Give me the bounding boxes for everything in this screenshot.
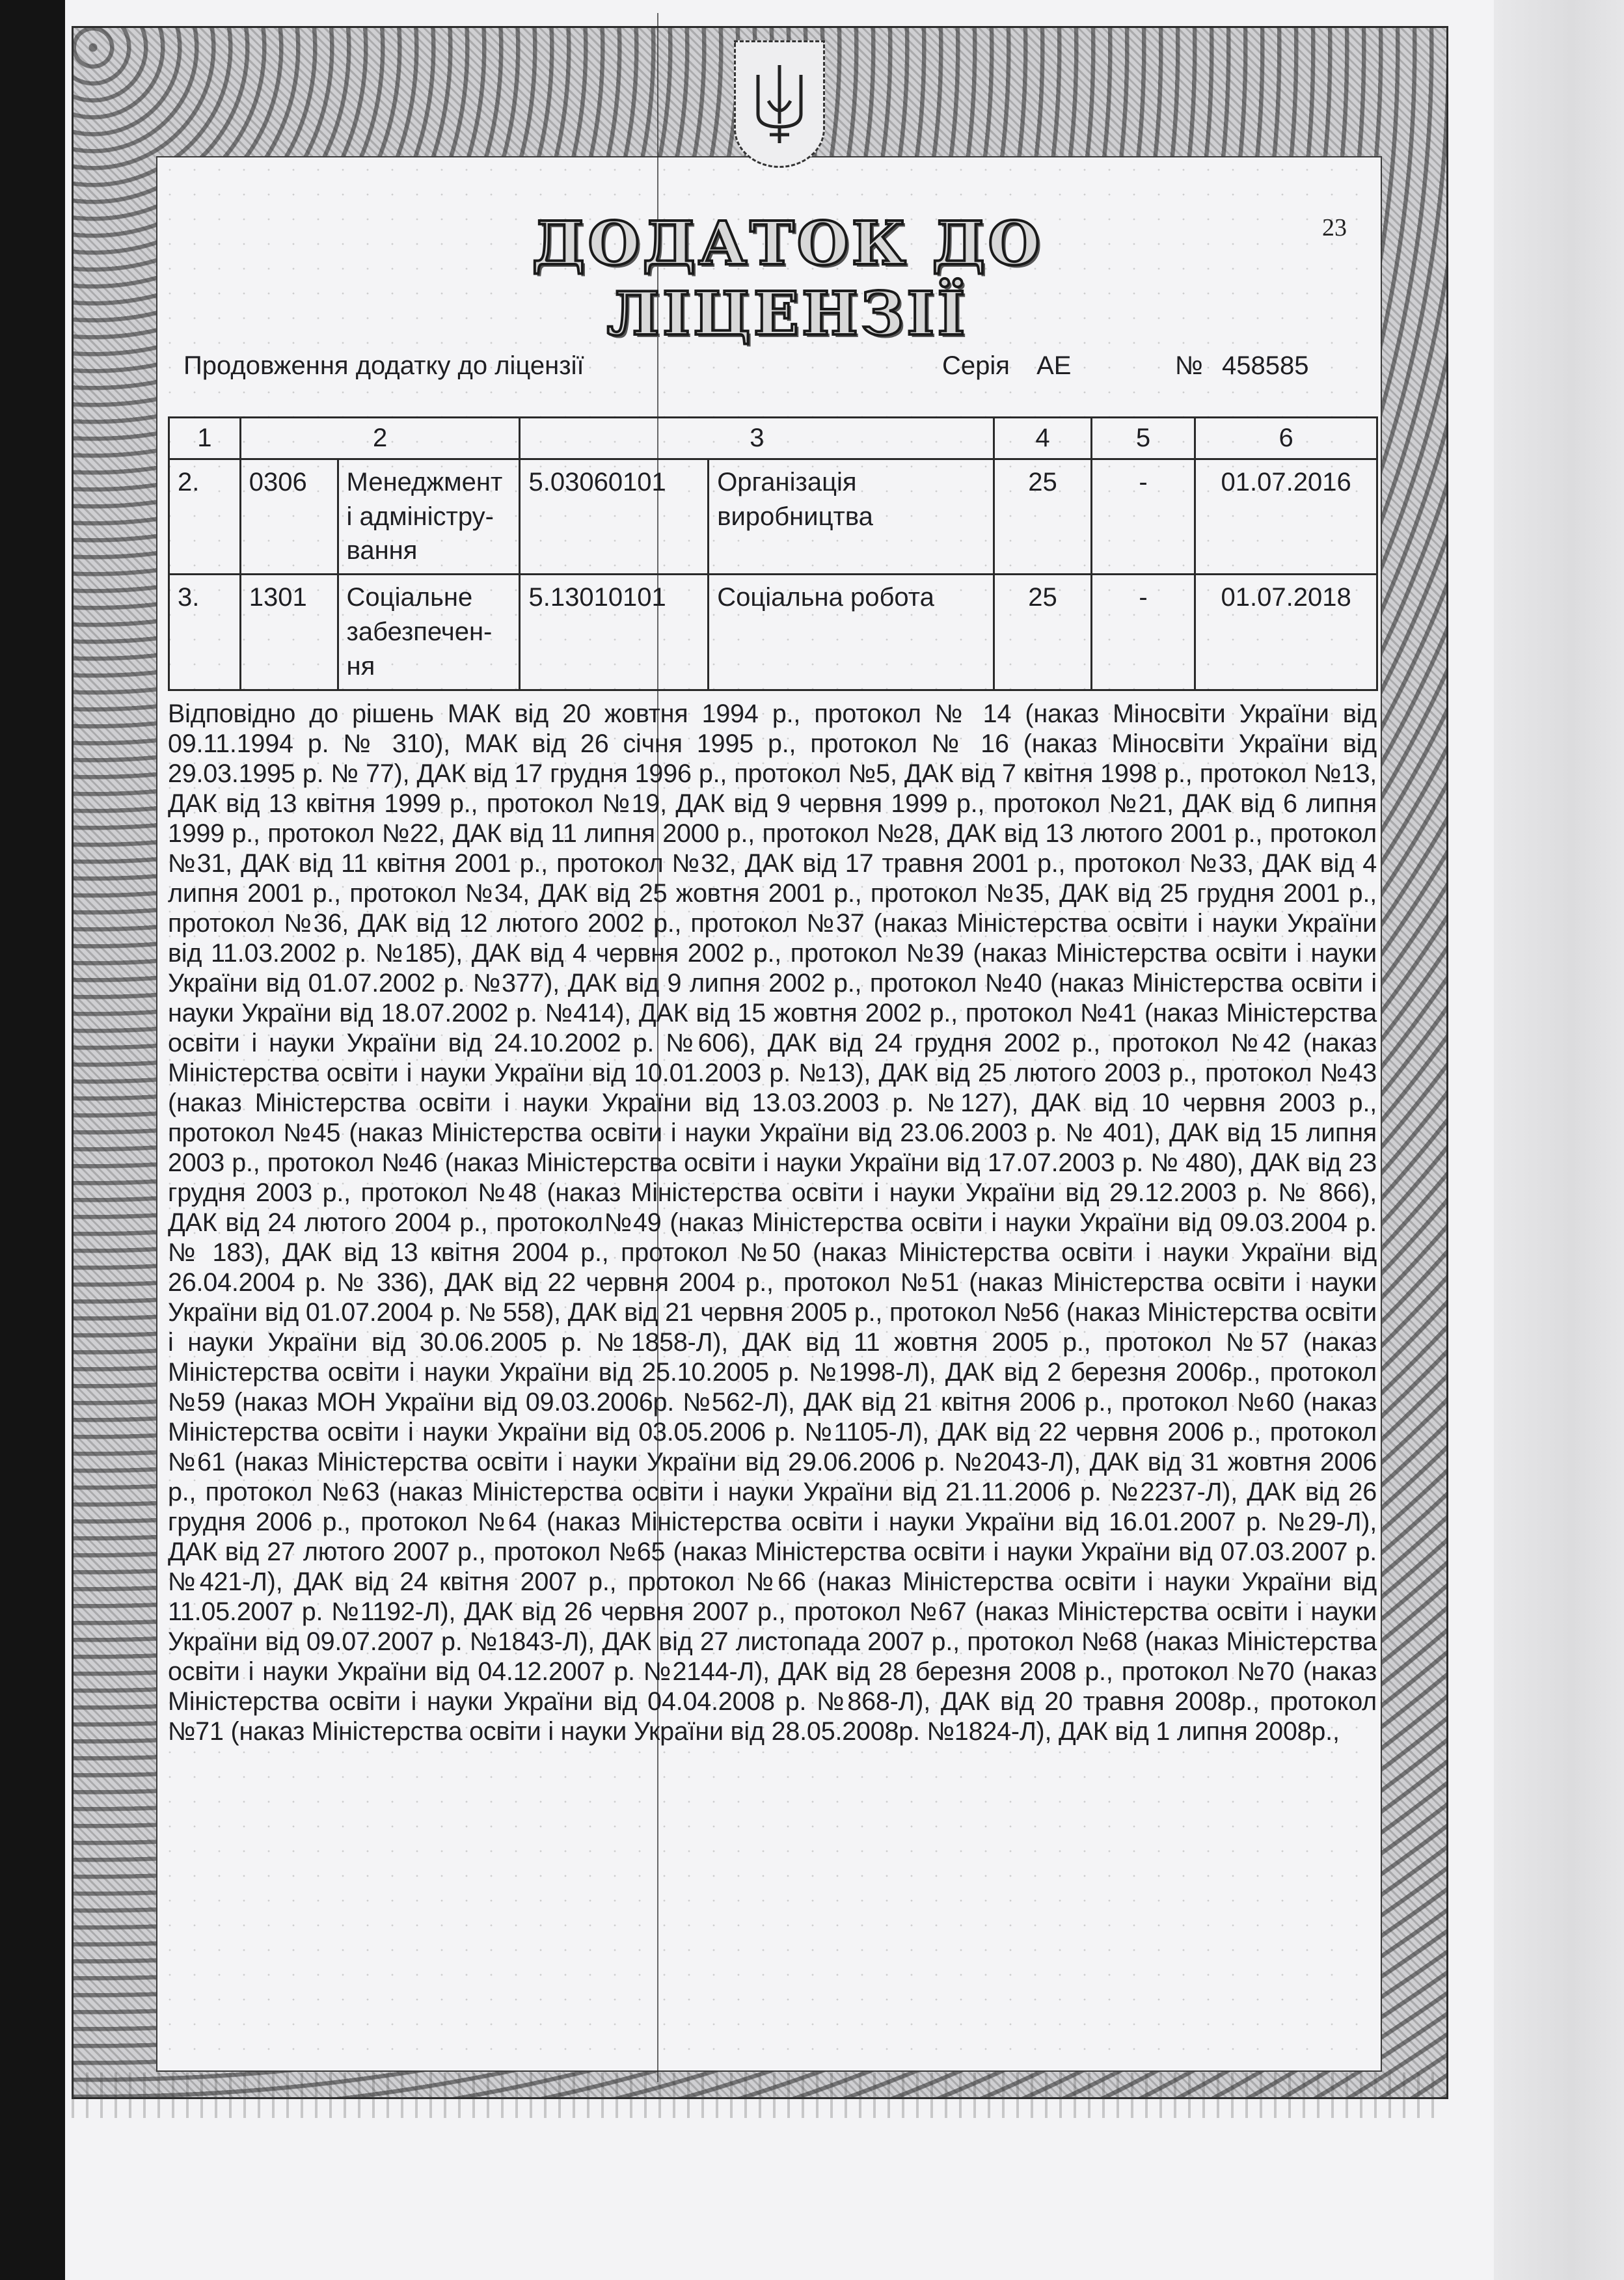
series-label: Серія — [942, 351, 1010, 380]
trident-icon — [750, 62, 809, 146]
series: Серія АЕ — [942, 351, 1071, 381]
field-code: 0306 — [240, 459, 338, 574]
trident-emblem-icon — [734, 40, 825, 168]
col4-value: 25 — [994, 575, 1092, 690]
table-row: 2. 0306 Менеджмент і адміністру-вання 5.… — [169, 459, 1377, 574]
header-col-2: 2 — [240, 418, 520, 459]
specialty-name: Соціальна робота — [709, 575, 994, 690]
series-value: АЕ — [1036, 351, 1071, 380]
header-col-1: 1 — [169, 418, 241, 459]
page-number: 23 — [1322, 213, 1347, 242]
col5-value: - — [1091, 459, 1195, 574]
body-paragraph: Відповідно до рішень МАК від 20 жовтня 1… — [168, 699, 1377, 1746]
field-name: Менеджмент і адміністру-вання — [338, 459, 520, 574]
header-col-3: 3 — [520, 418, 994, 459]
col4-value: 25 — [994, 459, 1092, 574]
licence-number: № 458585 — [1175, 351, 1309, 381]
header-col-6: 6 — [1195, 418, 1377, 459]
row-index: 3. — [169, 575, 241, 690]
header-col-4: 4 — [994, 418, 1092, 459]
page-edge-shadow — [1494, 0, 1624, 2280]
document-title: ДОДАТОК ДО ЛІЦЕНЗІЇ — [377, 208, 1197, 349]
table-row: 3. 1301 Соціальне забезпечен-ня 5.130101… — [169, 575, 1377, 690]
licence-table: 1 2 3 4 5 6 2. 0306 Менеджмент і адмініс… — [168, 416, 1378, 691]
scanner-edge — [0, 0, 65, 2280]
number-label: № — [1175, 351, 1203, 380]
field-name: Соціальне забезпечен-ня — [338, 575, 520, 690]
expiry-date: 01.07.2018 — [1195, 575, 1377, 690]
table-header-row: 1 2 3 4 5 6 — [169, 418, 1377, 459]
number-value: 458585 — [1222, 351, 1308, 380]
row-index: 2. — [169, 459, 241, 574]
subheading: Продовження додатку до ліцензії — [183, 351, 584, 381]
specialty-name: Організація виробництва — [709, 459, 994, 574]
specialty-code: 5.13010101 — [520, 575, 709, 690]
specialty-code: 5.03060101 — [520, 459, 709, 574]
expiry-date: 01.07.2016 — [1195, 459, 1377, 574]
field-code: 1301 — [240, 575, 338, 690]
header-col-5: 5 — [1091, 418, 1195, 459]
col5-value: - — [1091, 575, 1195, 690]
bottom-ornament — [72, 2072, 1444, 2118]
